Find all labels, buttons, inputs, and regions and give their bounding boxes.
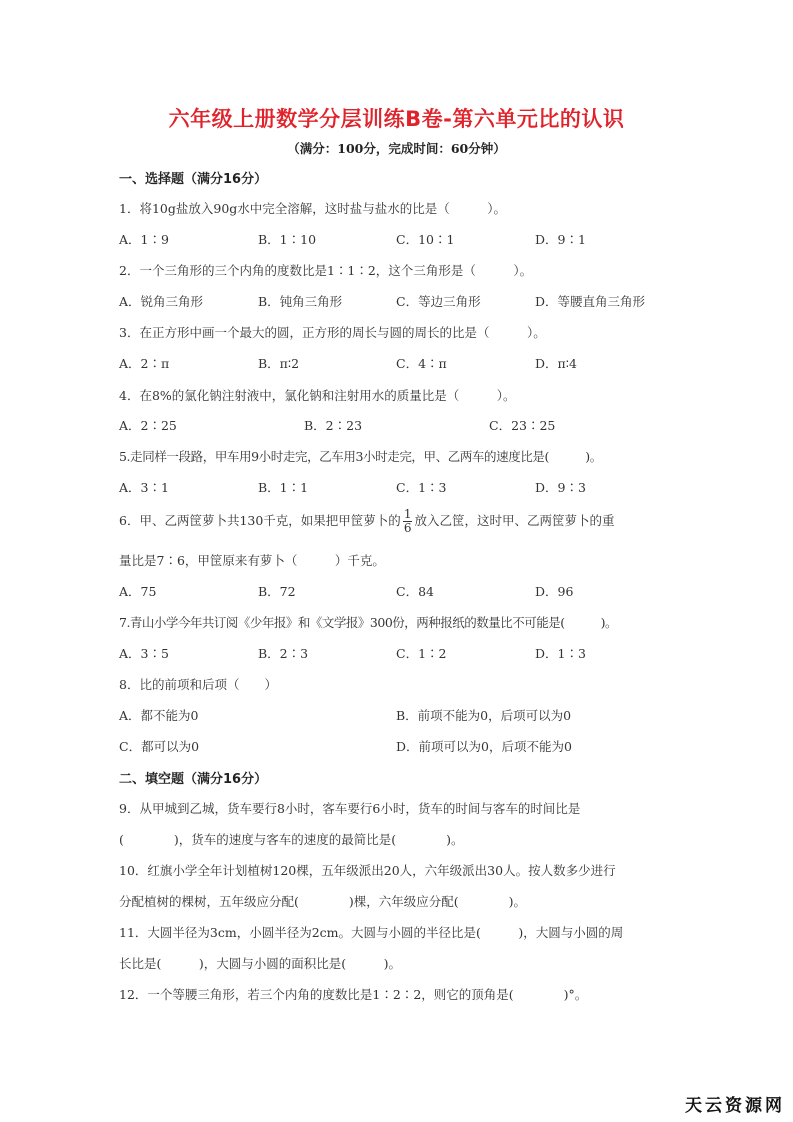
question-2-options: A．锐角三角形 B．钝角三角形 C．等边三角形 D．等腰直角三角形 bbox=[119, 292, 679, 310]
exam-page: 六年级上册数学分层训练B卷-第六单元比的认识 （满分：100分，完成时间：60分… bbox=[0, 0, 793, 1122]
question-6-text-a: 6．甲、乙两筐萝卜共130千克，如果把甲筐萝卜的 bbox=[119, 513, 401, 528]
option-c: C．10∶1 bbox=[396, 230, 454, 248]
option-a: A．75 bbox=[119, 582, 156, 600]
option-c: C．4∶π bbox=[396, 354, 447, 372]
question-3: 3．在正方形中画一个最大的圆，正方形的周长与圆的周长的比是（ ）。 bbox=[119, 323, 546, 341]
question-3-options: A．2∶π B．π∶2 C．4∶π D．π∶4 bbox=[119, 354, 679, 372]
option-b: B．72 bbox=[258, 582, 296, 600]
option-d: D．等腰直角三角形 bbox=[535, 292, 645, 310]
option-b: B．1∶1 bbox=[258, 478, 308, 496]
option-a: A．锐角三角形 bbox=[119, 292, 203, 310]
question-5-options: A．3∶1 B．1∶1 C．1∶3 D．9∶3 bbox=[119, 478, 679, 496]
page-title: 六年级上册数学分层训练B卷-第六单元比的认识 bbox=[0, 103, 793, 133]
question-8-options-row1: A．都不能为0 B．前项不能为0，后项可以为0 bbox=[119, 706, 679, 724]
option-c: C．84 bbox=[396, 582, 434, 600]
option-d: D．1∶3 bbox=[535, 644, 586, 662]
question-6-continued: 量比是7∶6，甲筐原来有萝卜（ ）千克。 bbox=[119, 551, 385, 569]
fraction-one-sixth: 16 bbox=[403, 508, 413, 535]
option-d: D．π∶4 bbox=[535, 354, 577, 372]
question-7: 7.青山小学今年共订阅《少年报》和《文学报》300份，两种报纸的数量比不可能是(… bbox=[119, 613, 617, 631]
option-a: A．3∶1 bbox=[119, 478, 169, 496]
question-8: 8．比的前项和后项（ ） bbox=[119, 675, 277, 693]
option-c: C．等边三角形 bbox=[396, 292, 481, 310]
question-12: 12．一个等腰三角形，若三个内角的度数比是1∶2∶2，则它的顶角是( )°。 bbox=[119, 985, 587, 1003]
question-2: 2．一个三角形的三个内角的度数比是1∶1∶2，这个三角形是（ ）。 bbox=[119, 261, 532, 279]
watermark-logo: 天云资源网 bbox=[685, 1091, 785, 1116]
option-b: B．1∶10 bbox=[258, 230, 316, 248]
option-d: D．9∶3 bbox=[535, 478, 586, 496]
option-c: C．1∶2 bbox=[396, 644, 446, 662]
question-6: 6．甲、乙两筐萝卜共130千克，如果把甲筐萝卜的16放入乙筐，这时甲、乙两筐萝卜… bbox=[119, 508, 614, 535]
question-6-options: A．75 B．72 C．84 D．96 bbox=[119, 582, 679, 600]
option-c: C．23∶25 bbox=[489, 416, 555, 434]
question-4-options: A．2∶25 B．2∶23 C．23∶25 bbox=[119, 416, 679, 434]
option-d: D．9∶1 bbox=[535, 230, 586, 248]
option-a: A．2∶π bbox=[119, 354, 169, 372]
question-7-options: A．3∶5 B．2∶3 C．1∶2 D．1∶3 bbox=[119, 644, 679, 662]
option-b: B．前项不能为0，后项可以为0 bbox=[396, 706, 571, 724]
option-c: C．1∶3 bbox=[396, 478, 446, 496]
question-9-line-2: ( )，货车的速度与客车的速度的最简比是( )。 bbox=[119, 830, 464, 848]
option-b: B．2∶3 bbox=[258, 644, 308, 662]
question-8-options-row2: C．都可以为0 D．前项可以为0，后项不能为0 bbox=[119, 737, 679, 755]
question-10-line-2: 分配植树的棵树，五年级应分配( )棵，六年级应分配( )。 bbox=[119, 892, 526, 910]
section-heading-choice: 一、选择题（满分16分） bbox=[119, 168, 267, 187]
page-subtitle: （满分：100分，完成时间：60分钟） bbox=[0, 139, 793, 157]
question-11-line-2: 长比是( )，大圆与小圆的面积比是( )。 bbox=[119, 954, 401, 972]
option-b: B．2∶23 bbox=[304, 416, 362, 434]
question-4: 4．在8%的氯化钠注射液中，氯化钠和注射用水的质量比是（ ）。 bbox=[119, 386, 516, 404]
option-a: A．2∶25 bbox=[119, 416, 177, 434]
question-11-line-1: 11．大圆半径为3cm，小圆半径为2cm。大圆与小圆的半径比是( )，大圆与小圆… bbox=[119, 923, 623, 941]
option-a: A．都不能为0 bbox=[119, 706, 198, 724]
question-9-line-1: 9．从甲城到乙城，货车要行8小时，客车要行6小时，货车的时间与客车的时间比是 bbox=[119, 799, 580, 817]
section-heading-fill-in: 二、填空题（满分16分） bbox=[119, 768, 267, 787]
option-b: B．钝角三角形 bbox=[258, 292, 342, 310]
question-10-line-1: 10．红旗小学全年计划植树120棵，五年级派出20人，六年级派出30人。按人数多… bbox=[119, 861, 616, 879]
option-d: D．96 bbox=[535, 582, 573, 600]
option-a: A．3∶5 bbox=[119, 644, 169, 662]
question-1-options: A．1∶9 B．1∶10 C．10∶1 D．9∶1 bbox=[119, 230, 679, 248]
option-d: D．前项可以为0，后项不能为0 bbox=[396, 737, 572, 755]
option-a: A．1∶9 bbox=[119, 230, 169, 248]
option-c: C．都可以为0 bbox=[119, 737, 199, 755]
option-b: B．π∶2 bbox=[258, 354, 299, 372]
question-6-text-b: 放入乙筐，这时甲、乙两筐萝卜的重 bbox=[414, 513, 614, 528]
question-5: 5.走同样一段路，甲车用9小时走完，乙车用3小时走完，甲、乙两车的速度比是( )… bbox=[119, 447, 602, 465]
question-1: 1．将10g盐放入90g水中完全溶解，这时盐与盐水的比是（ ）。 bbox=[119, 199, 506, 217]
